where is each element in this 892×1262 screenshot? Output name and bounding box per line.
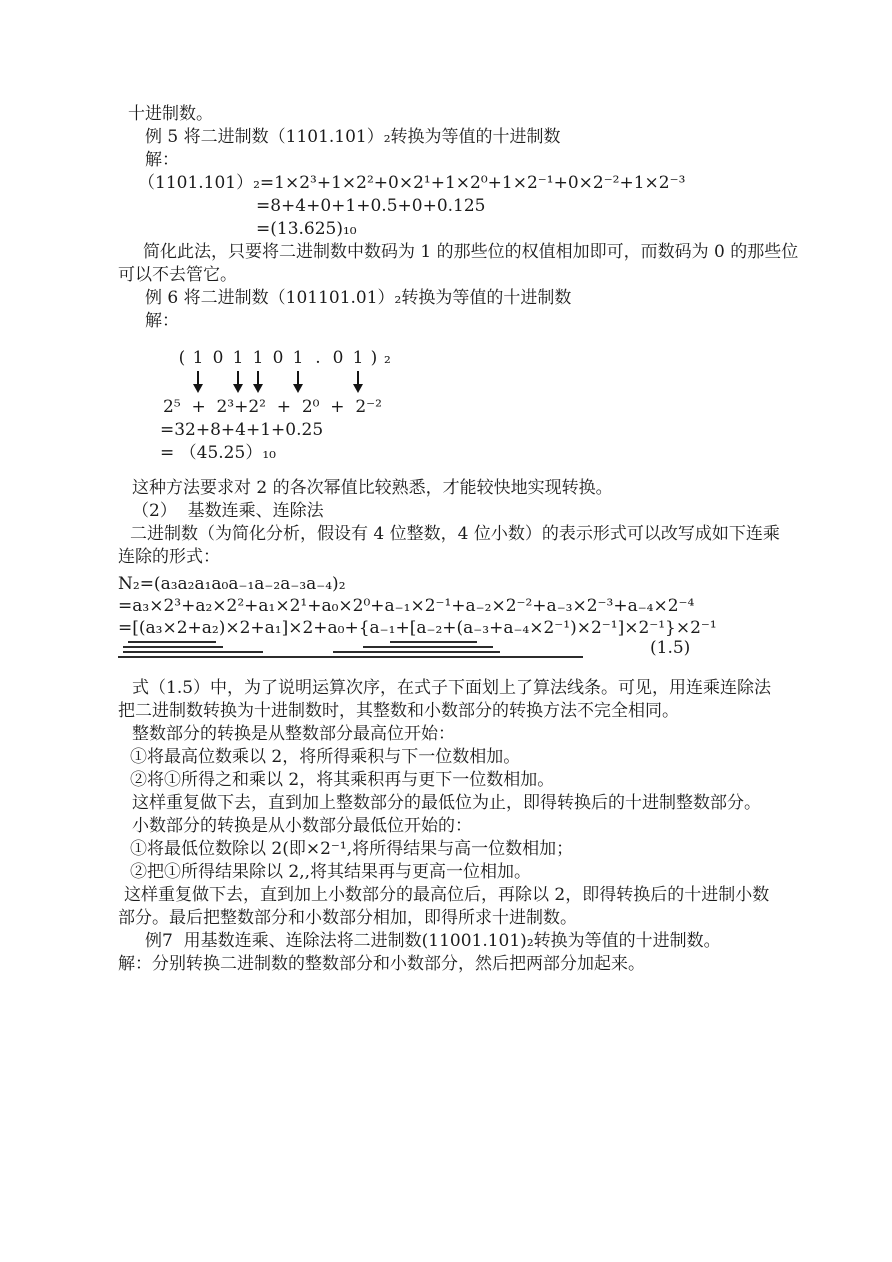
binary-digit: 1: [288, 347, 308, 370]
example5-formula-line3: =(13.625)₁₀: [256, 218, 798, 241]
algorithm-underline-right-1: [390, 641, 477, 643]
algorithm-underline-left-3: [123, 651, 263, 653]
ex6-arrows-row: [176, 370, 798, 396]
example5-solve-label: 解：: [145, 149, 798, 172]
document-page: 十进制数。 例 5 将二进制数（1101.101）₂转换为等值的十进制数 解： …: [0, 0, 892, 1262]
ex6-power-line: 2⁵ + 2³+2² + 2⁰ + 2⁻²: [163, 396, 798, 419]
integer-step2: ②将①所得之和乘以 2，将其乘积再与更下一位数相加。: [130, 769, 798, 792]
fraction-part-heading: 小数部分的转换是从小数部分最低位开始的：: [132, 815, 798, 838]
down-arrow-icon: [232, 371, 244, 395]
binary-digit: 0: [328, 347, 348, 370]
fraction-step1: ①将最低位数除以 2(即×2⁻¹,将所得结果与高一位数相加；: [130, 838, 798, 861]
example6-heading: 例 6 将二进制数（101101.01）₂转换为等值的十进制数: [145, 287, 798, 310]
formula15-line2: =a₃×2³+a₂×2²+a₁×2¹+a₀×2⁰+a₋₁×2⁻¹+a₋₂×2⁻²…: [118, 595, 798, 617]
down-arrow-icon: [352, 371, 364, 395]
fraction-step2: ②把①所得结果除以 2,,将其结果再与更高一位相加。: [130, 861, 798, 884]
algorithm-underline-full: [118, 656, 583, 658]
integer-part-heading: 整数部分的转换是从整数部分最高位开始：: [132, 723, 798, 746]
fraction-repeat-line1: 这样重复做下去，直到加上小数部分的最高位后，再除以 2，即得转换后的十进制小数: [124, 884, 798, 907]
ex6-digits-line: (101101.01)₂: [176, 347, 798, 370]
example6-solve-label: 解：: [145, 310, 798, 333]
algorithm-underline-right-2: [363, 646, 493, 648]
example5-formula-line1: （1101.101）₂=1×2³+1×2²+0×2¹+1×2⁰+1×2⁻¹+0×…: [138, 172, 798, 195]
example5-heading: 例 5 将二进制数（1101.101）₂转换为等值的十进制数: [145, 126, 798, 149]
formula-1-5-block: N₂=(a₃a₂a₁a₀a₋₁a₋₂a₋₃a₋₄)₂ =a₃×2³+a₂×2²+…: [118, 573, 798, 669]
ex6-result-line: = （45.25）₁₀: [160, 442, 798, 465]
binary-digit: 1: [188, 347, 208, 370]
integer-repeat-note: 这样重复做下去，直到加上整数部分的最低位为止，即得转换后的十进制整数部分。: [132, 792, 798, 815]
algorithm-underline-right-3: [333, 651, 500, 653]
open-paren: (: [176, 347, 188, 370]
ex6-sum-line: =32+8+4+1+0.25: [160, 419, 798, 442]
skill-note: 这种方法要求对 2 的各次幂值比较熟悉，才能较快地实现转换。: [132, 477, 798, 500]
fraction-repeat-line2: 部分。最后把整数部分和小数部分相加，即得所求十进制数。: [118, 907, 798, 930]
down-arrow-icon: [252, 371, 264, 395]
integer-step1: ①将最高位数乘以 2，将所得乘积与下一位数相加。: [130, 746, 798, 769]
formula15-line3: =[(a₃×2+a₂)×2+a₁]×2+a₀+{a₋₁+[a₋₂+(a₋₃+a₋…: [118, 617, 798, 639]
simplify-paragraph-line2: 可以不去管它。: [118, 264, 798, 287]
base-subscript: ₂: [384, 347, 391, 370]
close-paren: ): [368, 347, 380, 370]
algorithm-underline-left-1: [128, 641, 216, 643]
binary-digit: 1: [248, 347, 268, 370]
binary-digit: 1: [348, 347, 368, 370]
algorithm-underline-left-2: [123, 646, 223, 648]
binary-digit: 0: [268, 347, 288, 370]
down-arrow-icon: [292, 371, 304, 395]
equation-number-label: (1.5): [650, 637, 690, 660]
example6-diagram: (101101.01)₂ 2⁵ + 2³+2² + 2⁰ + 2⁻² =32+8…: [176, 347, 798, 465]
simplify-paragraph-line1: 简化此法，只要将二进制数中数码为 1 的那些位的权值相加即可，而数码为 0 的那…: [143, 241, 798, 264]
binary-digit: 1: [228, 347, 248, 370]
method2-intro-line2: 连除的形式：: [118, 546, 798, 569]
content-column: 十进制数。 例 5 将二进制数（1101.101）₂转换为等值的十进制数 解： …: [118, 103, 798, 976]
example7-solution: 解：分别转换二进制数的整数部分和小数部分，然后把两部分加起来。: [118, 953, 798, 976]
intro-tail-line: 十进制数。: [128, 103, 798, 126]
method2-heading: （2） 基数连乘、连除法: [132, 500, 798, 523]
formula15-line1: N₂=(a₃a₂a₁a₀a₋₁a₋₂a₋₃a₋₄)₂: [118, 573, 798, 595]
ex6-digit-cells: 101101.01: [188, 348, 368, 368]
method2-intro-line1: 二进制数（为简化分析，假设有 4 位整数，4 位小数）的表示形式可以改写成如下连…: [130, 523, 798, 546]
explain-line2: 把二进制数转换为十进制数时，其整数和小数部分的转换方法不完全相同。: [118, 700, 798, 723]
down-arrow-icon: [192, 371, 204, 395]
binary-digit: .: [308, 347, 328, 370]
explain-line1: 式（1.5）中，为了说明运算次序，在式子下面划上了算法线条。可见，用连乘连除法: [132, 677, 798, 700]
binary-digit: 0: [208, 347, 228, 370]
example5-formula-line2: =8+4+0+1+0.5+0+0.125: [256, 195, 798, 218]
example7-heading: 例7 用基数连乘、连除法将二进制数(11001.101)₂转换为等值的十进制数。: [145, 930, 798, 953]
